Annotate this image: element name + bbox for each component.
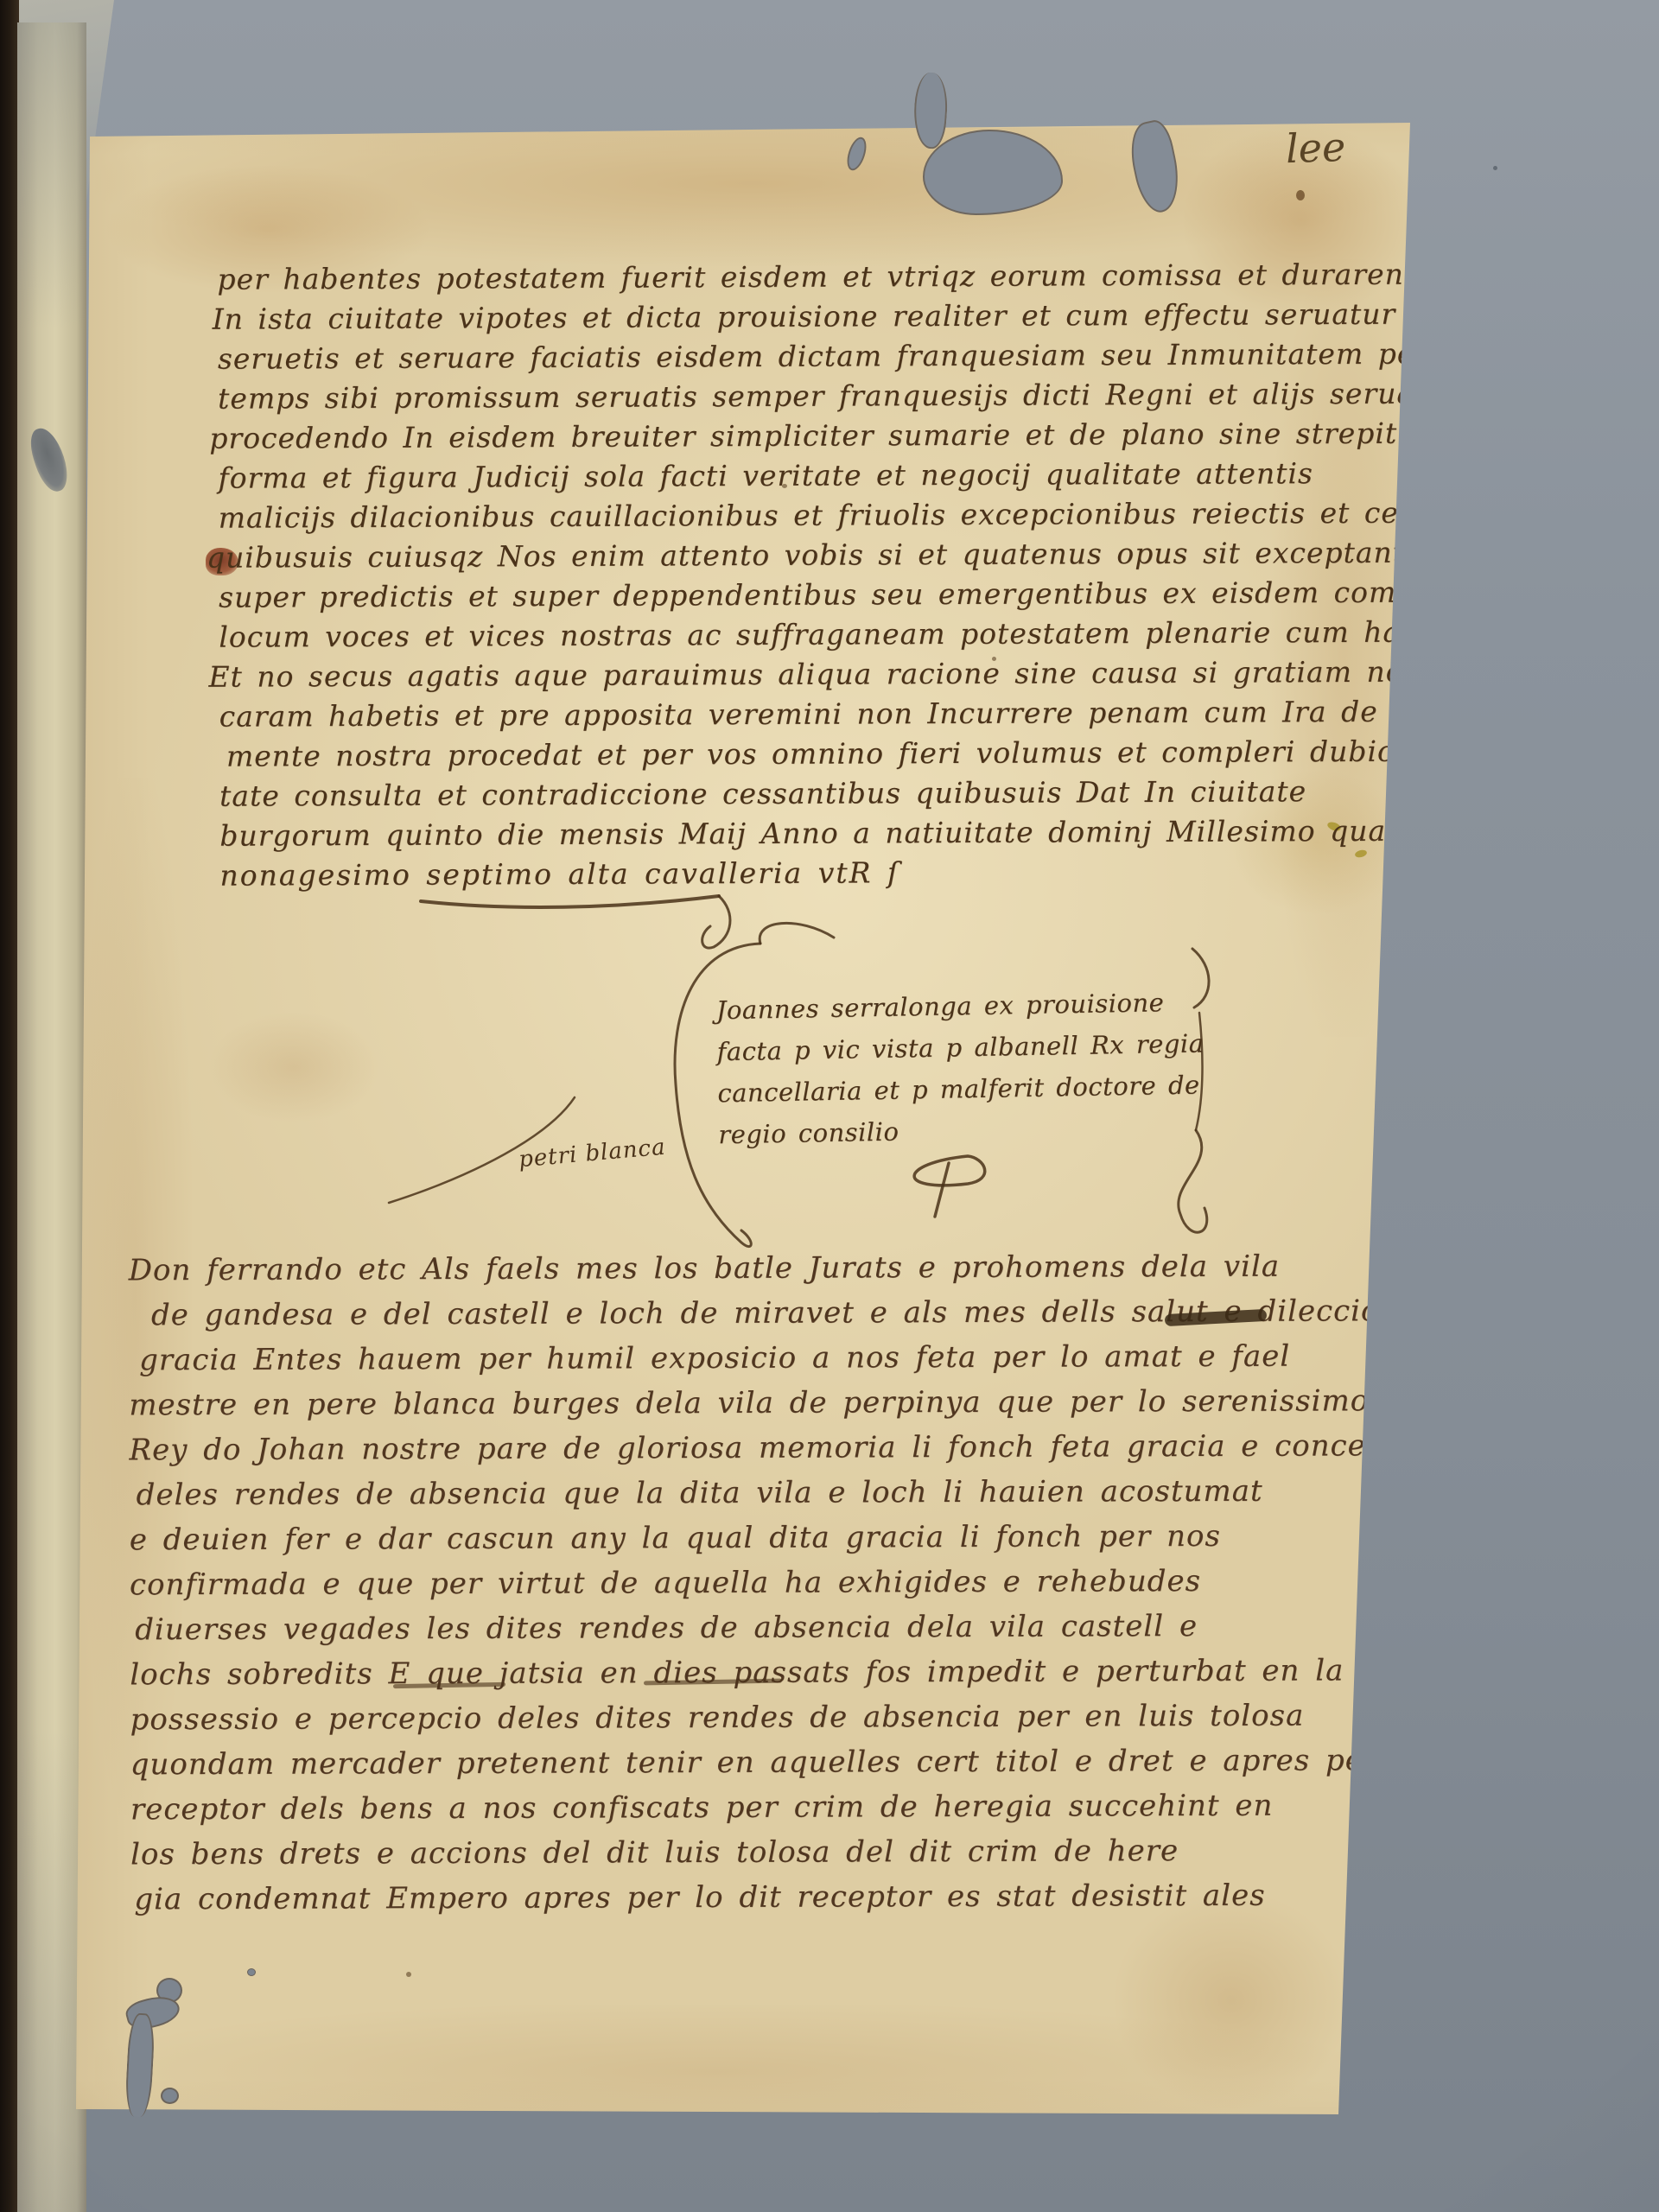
text-line: deles rendes de absencia que la dita vil… [137,1469,1279,1518]
ink-speck [406,1972,411,1977]
paper-stain [95,2005,1339,2117]
text-line: procedendo In eisdem breuiter simplicite… [209,414,1281,458]
text-line: mente nostra procedat et per vos omnino … [226,732,1282,776]
text-line: receptor dels bens a nos confiscats per … [130,1783,1280,1833]
text-line: possessio e percepcio deles dites rendes… [130,1694,1279,1743]
text-line: lochs sobredits E que jatsia en dies pas… [130,1649,1279,1698]
text-line: los bens drets e accions del dit luis to… [130,1828,1280,1878]
text-line: super predictis et super deppendentibus … [219,573,1281,617]
text-line: Et no secus agatis aque parauimus aliqua… [208,652,1281,696]
underlying-folio-edge [17,22,86,2212]
manuscript-page: lee per habentes potestatem fuerit eisde… [0,0,1659,2212]
text-line: temps sibi promissum seruatis semper fra… [218,374,1281,418]
catalan-letter-block: Don ferrando etc Als faels mes los batle… [129,1244,1281,1923]
text-line: locum voces et vices nostras ac suffraga… [219,613,1281,657]
paper-hole [247,1968,256,1976]
text-line: Don ferrando etc Als faels mes los batle… [129,1244,1278,1294]
text-line: quibusuis cuiusqz Nos enim attento vobis… [207,533,1281,577]
text-line: gracia Entes hauem per humil exposicio a… [139,1334,1278,1383]
text-line: quondam mercader pretenent tenir en aque… [130,1738,1280,1788]
text-line: nonagesimo septimo alta cavalleria vtR ſ [219,851,1282,895]
paper-stain [207,1011,380,1123]
paper-hole [161,2088,179,2104]
text-line: Rey do Johan nostre pare de gloriosa mem… [129,1424,1278,1473]
book-gutter [0,0,19,2212]
yellow-fleck [1354,849,1368,858]
text-line: regio consilio [718,1105,1237,1155]
clerk-note: petri blanca [518,1135,667,1173]
text-line: mestre en pere blanca burges dela vila d… [129,1379,1278,1428]
text-line: forma et figura Judicij sola facti verit… [218,454,1281,498]
text-line: confirmada e que per virtut de aquella h… [130,1559,1279,1608]
chancery-subscription-block: Joannes serralonga ex prouisione facta p… [715,981,1236,1155]
text-line: e deuien fer e dar cascun any la qual di… [130,1514,1279,1563]
text-line: tate consulta et contradiccione cessanti… [219,772,1282,816]
folio-number: lee [1285,124,1346,172]
text-line: gia condemnat Empero apres per lo dit re… [134,1873,1280,1923]
text-line: diuerses vegades les dites rendes de abs… [135,1604,1279,1653]
text-line: per habentes potestatem fuerit eisdem et… [217,255,1280,299]
ink-dot [1296,190,1305,200]
photo-background: lee per habentes potestatem fuerit eisde… [0,0,1659,2212]
text-line: malicijs dilacionibus cauillacionibus et… [219,493,1281,537]
text-line: In ista ciuitate vipotes et dicta prouis… [213,295,1281,339]
background-speck [1493,166,1497,170]
latin-letter-block: per habentes potestatem fuerit eisdem et… [217,255,1282,895]
text-line: caram habetis et pre apposita veremini n… [219,692,1282,736]
text-line: burgorum quinto die mensis Maij Anno a n… [219,811,1282,855]
text-line: seruetis et seruare faciatis eisdem dict… [218,334,1281,378]
text-line: de gandesa e del castell e loch de mirav… [151,1289,1278,1338]
paper-stain [95,128,1408,266]
paper-stain [1115,1892,1348,2108]
